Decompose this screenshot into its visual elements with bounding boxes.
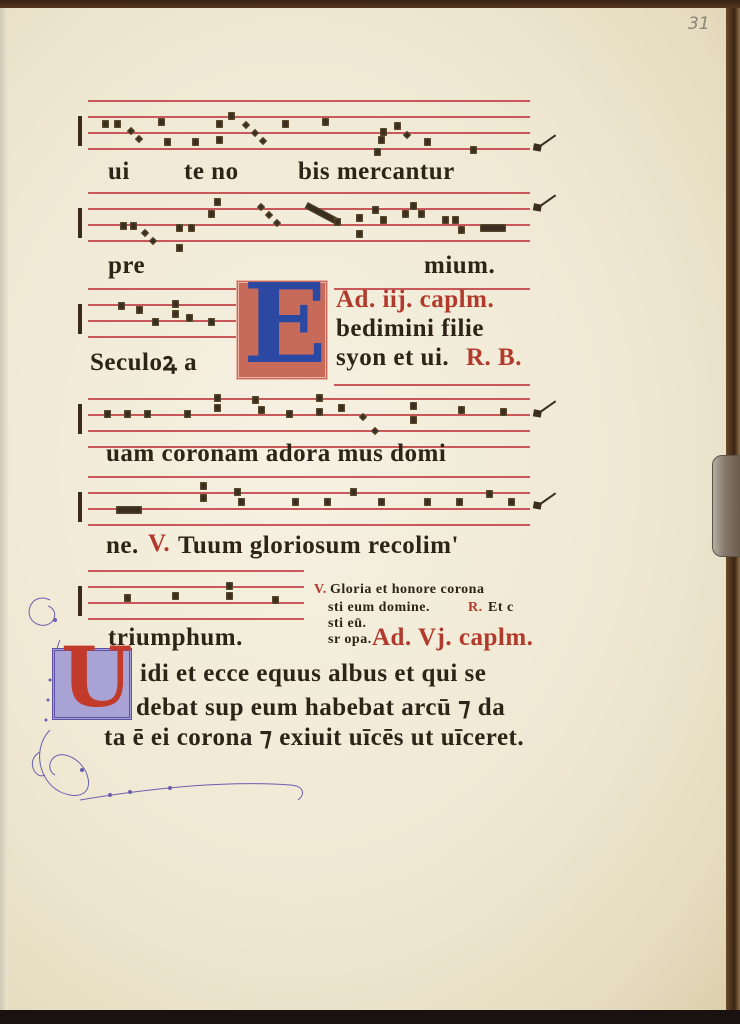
text-line-ta-e-ei-corona: ta ē ei corona ⁊ exiuit uīcēs ut uīceret…	[104, 722, 524, 752]
book-clasp	[712, 455, 740, 557]
clef-icon	[78, 304, 82, 334]
illuminated-initial-e: E	[236, 280, 328, 380]
lyric-seculor-a: Seculoꝝ a	[90, 344, 197, 378]
rubric-ad-vj-caplm: Ad. Vj. caplm.	[372, 624, 533, 652]
binding-bottom	[0, 1010, 740, 1024]
lyric-pre: pre	[108, 252, 145, 280]
versicle-line-2: sti eum domine.	[328, 600, 430, 616]
lyric-ne: ne.	[106, 532, 139, 560]
rubric-versicle-mark: V.	[148, 530, 170, 558]
initial-u-letter: U	[61, 637, 133, 719]
clef-icon	[78, 492, 82, 522]
versicle-line-2b: Et c	[488, 600, 514, 616]
music-staff-5	[88, 476, 530, 524]
rubric-r-b: R. B.	[466, 344, 522, 372]
lyric-mium: mium.	[424, 252, 495, 280]
page-edge-left	[0, 8, 8, 1013]
clef-icon	[78, 208, 82, 238]
versicle-line-3: sti eū.	[328, 616, 367, 632]
lyric-te-no: te no	[184, 158, 239, 186]
versicle-line-4: sr opa.	[328, 632, 372, 648]
music-staff-2	[88, 192, 530, 240]
rubric-ad-iij-caplm: Ad. iij. caplm.	[336, 286, 494, 314]
versicle-line-1: Gloria et honore corona	[330, 582, 484, 598]
text-syon-et-ui: syon et ui.	[336, 344, 449, 372]
music-staff-3	[88, 288, 236, 336]
rubric-responsory-r: R.	[468, 600, 483, 616]
clef-icon	[78, 116, 82, 146]
lyric-uam-coronam-adora-mus-domi: uam coronam adora mus domi	[106, 440, 446, 468]
lyric-tuum-gloriosum-recolim: Tuum gloriosum recolim'	[178, 532, 459, 560]
text-bedimini-filie: bedimini filie	[336, 315, 484, 343]
text-line-idi-et-ecce: idi et ecce equus albus et qui se	[140, 660, 486, 688]
text-line-debat-sup-eum: debat sup eum habebat arcū ⁊ da	[136, 692, 505, 722]
clef-icon	[78, 404, 82, 434]
illuminated-initial-u: U	[52, 648, 132, 720]
music-staff-1	[88, 100, 530, 148]
lyric-bis-mercantur: bis mercantur	[298, 158, 455, 186]
folio-number: 31	[688, 14, 710, 34]
lyric-ui: ui	[108, 158, 130, 186]
initial-e-letter: E	[243, 269, 327, 379]
music-staff-4	[88, 398, 530, 446]
